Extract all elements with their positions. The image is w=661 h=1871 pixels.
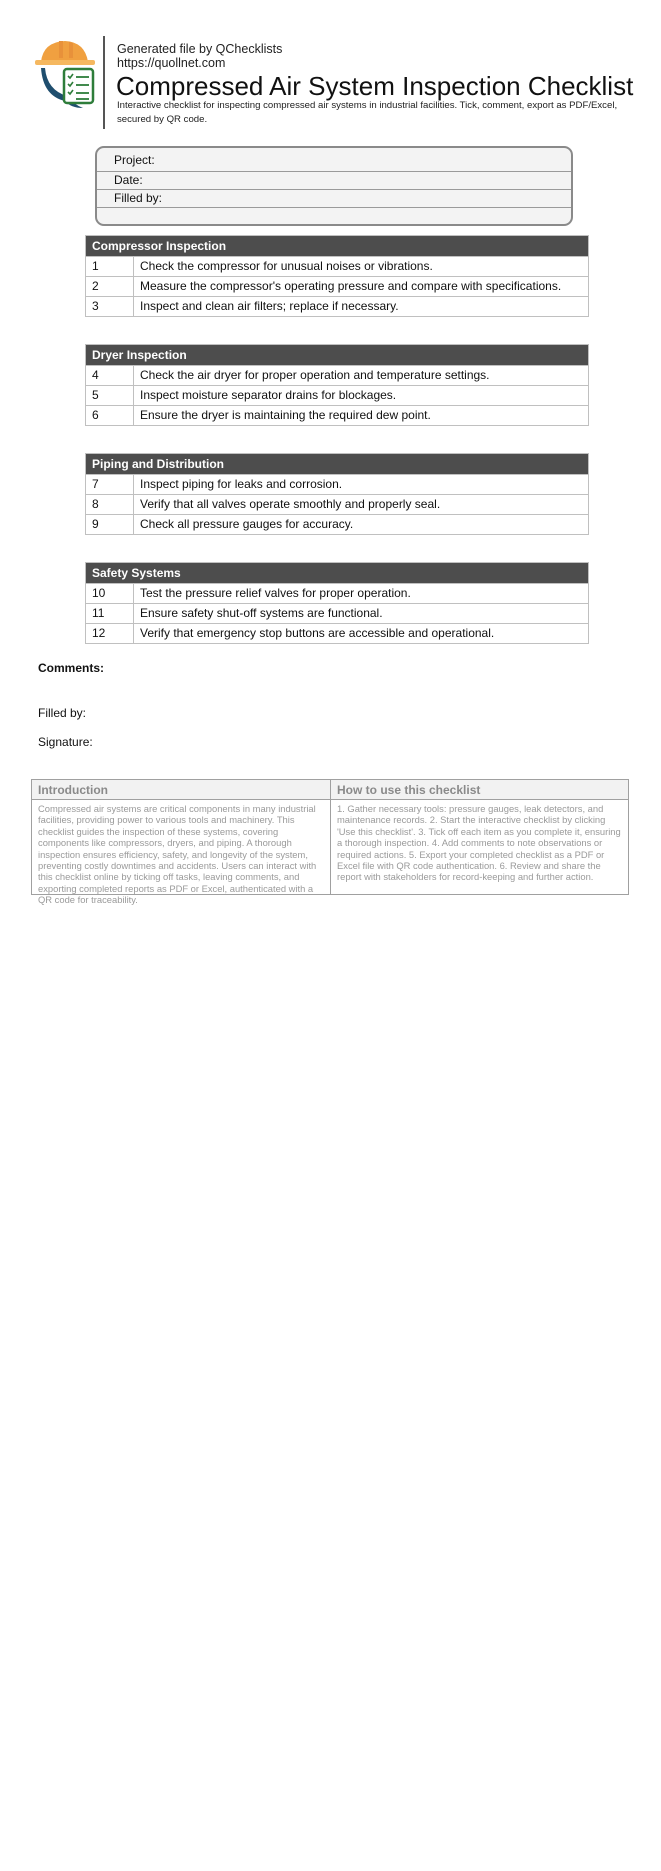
item-number: 7 [86,475,134,494]
extra-field[interactable] [97,208,571,226]
item-text: Check the compressor for unusual noises … [134,257,588,276]
introduction-text: Compressed air systems are critical comp… [32,800,330,906]
checklist-item[interactable]: 12 Verify that emergency stop buttons ar… [86,623,588,643]
section-safety-systems: Safety Systems 10 Test the pressure reli… [85,562,589,644]
section-piping-and-distribution: Piping and Distribution 7 Inspect piping… [85,453,589,535]
item-text: Check the air dryer for proper operation… [134,366,588,385]
info-table: Introduction Compressed air systems are … [31,779,629,895]
project-info-box: Project: Date: Filled by: [95,146,573,226]
item-text: Inspect moisture separator drains for bl… [134,386,588,405]
item-text: Verify that all valves operate smoothly … [134,495,588,514]
item-text: Inspect piping for leaks and corrosion. [134,475,588,494]
section-dryer-inspection: Dryer Inspection 4 Check the air dryer f… [85,344,589,426]
item-number: 12 [86,624,134,643]
generated-by-text: Generated file by QChecklists [117,42,282,56]
section-title: Dryer Inspection [86,345,588,365]
header-divider [103,36,105,129]
section-title: Piping and Distribution [86,454,588,474]
introduction-column: Introduction Compressed air systems are … [32,780,331,894]
item-number: 8 [86,495,134,514]
item-text: Check all pressure gauges for accuracy. [134,515,588,534]
checklist-item[interactable]: 10 Test the pressure relief valves for p… [86,583,588,603]
checklist-item[interactable]: 1 Check the compressor for unusual noise… [86,256,588,276]
date-field[interactable]: Date: [97,172,571,190]
item-number: 2 [86,277,134,296]
comments-label: Comments: [38,661,104,675]
item-number: 4 [86,366,134,385]
page-subtitle: Interactive checklist for inspecting com… [117,99,623,126]
item-text: Ensure the dryer is maintaining the requ… [134,406,588,425]
page-title: Compressed Air System Inspection Checkli… [116,71,633,101]
checklist-item[interactable]: 6 Ensure the dryer is maintaining the re… [86,405,588,425]
how-to-use-text: 1. Gather necessary tools: pressure gaug… [331,800,628,883]
item-text: Measure the compressor's operating press… [134,277,588,296]
checklist-item[interactable]: 3 Inspect and clean air filters; replace… [86,296,588,316]
checklist-item[interactable]: 11 Ensure safety shut-off systems are fu… [86,603,588,623]
item-number: 9 [86,515,134,534]
checklist-item[interactable]: 2 Measure the compressor's operating pre… [86,276,588,296]
checklist-item[interactable]: 7 Inspect piping for leaks and corrosion… [86,474,588,494]
item-text: Inspect and clean air filters; replace i… [134,297,588,316]
section-title: Safety Systems [86,563,588,583]
checklist-item[interactable]: 4 Check the air dryer for proper operati… [86,365,588,385]
source-url-link[interactable]: https://quollnet.com [117,56,225,70]
filled-by-label: Filled by: [38,706,86,720]
section-title: Compressor Inspection [86,236,588,256]
item-number: 11 [86,604,134,623]
hardhat-checklist-logo-icon [33,38,99,112]
item-number: 5 [86,386,134,405]
section-compressor-inspection: Compressor Inspection 1 Check the compre… [85,235,589,317]
item-text: Test the pressure relief valves for prop… [134,584,588,603]
introduction-title: Introduction [32,780,330,800]
how-to-use-title: How to use this checklist [331,780,628,800]
item-number: 6 [86,406,134,425]
item-text: Ensure safety shut-off systems are funct… [134,604,588,623]
how-to-use-column: How to use this checklist 1. Gather nece… [331,780,628,894]
signature-label: Signature: [38,735,93,749]
item-number: 10 [86,584,134,603]
item-number: 1 [86,257,134,276]
filled-by-field[interactable]: Filled by: [97,190,571,208]
project-field[interactable]: Project: [97,148,571,172]
checklist-item[interactable]: 8 Verify that all valves operate smoothl… [86,494,588,514]
checklist-item[interactable]: 9 Check all pressure gauges for accuracy… [86,514,588,534]
item-number: 3 [86,297,134,316]
checklist-item[interactable]: 5 Inspect moisture separator drains for … [86,385,588,405]
item-text: Verify that emergency stop buttons are a… [134,624,588,643]
